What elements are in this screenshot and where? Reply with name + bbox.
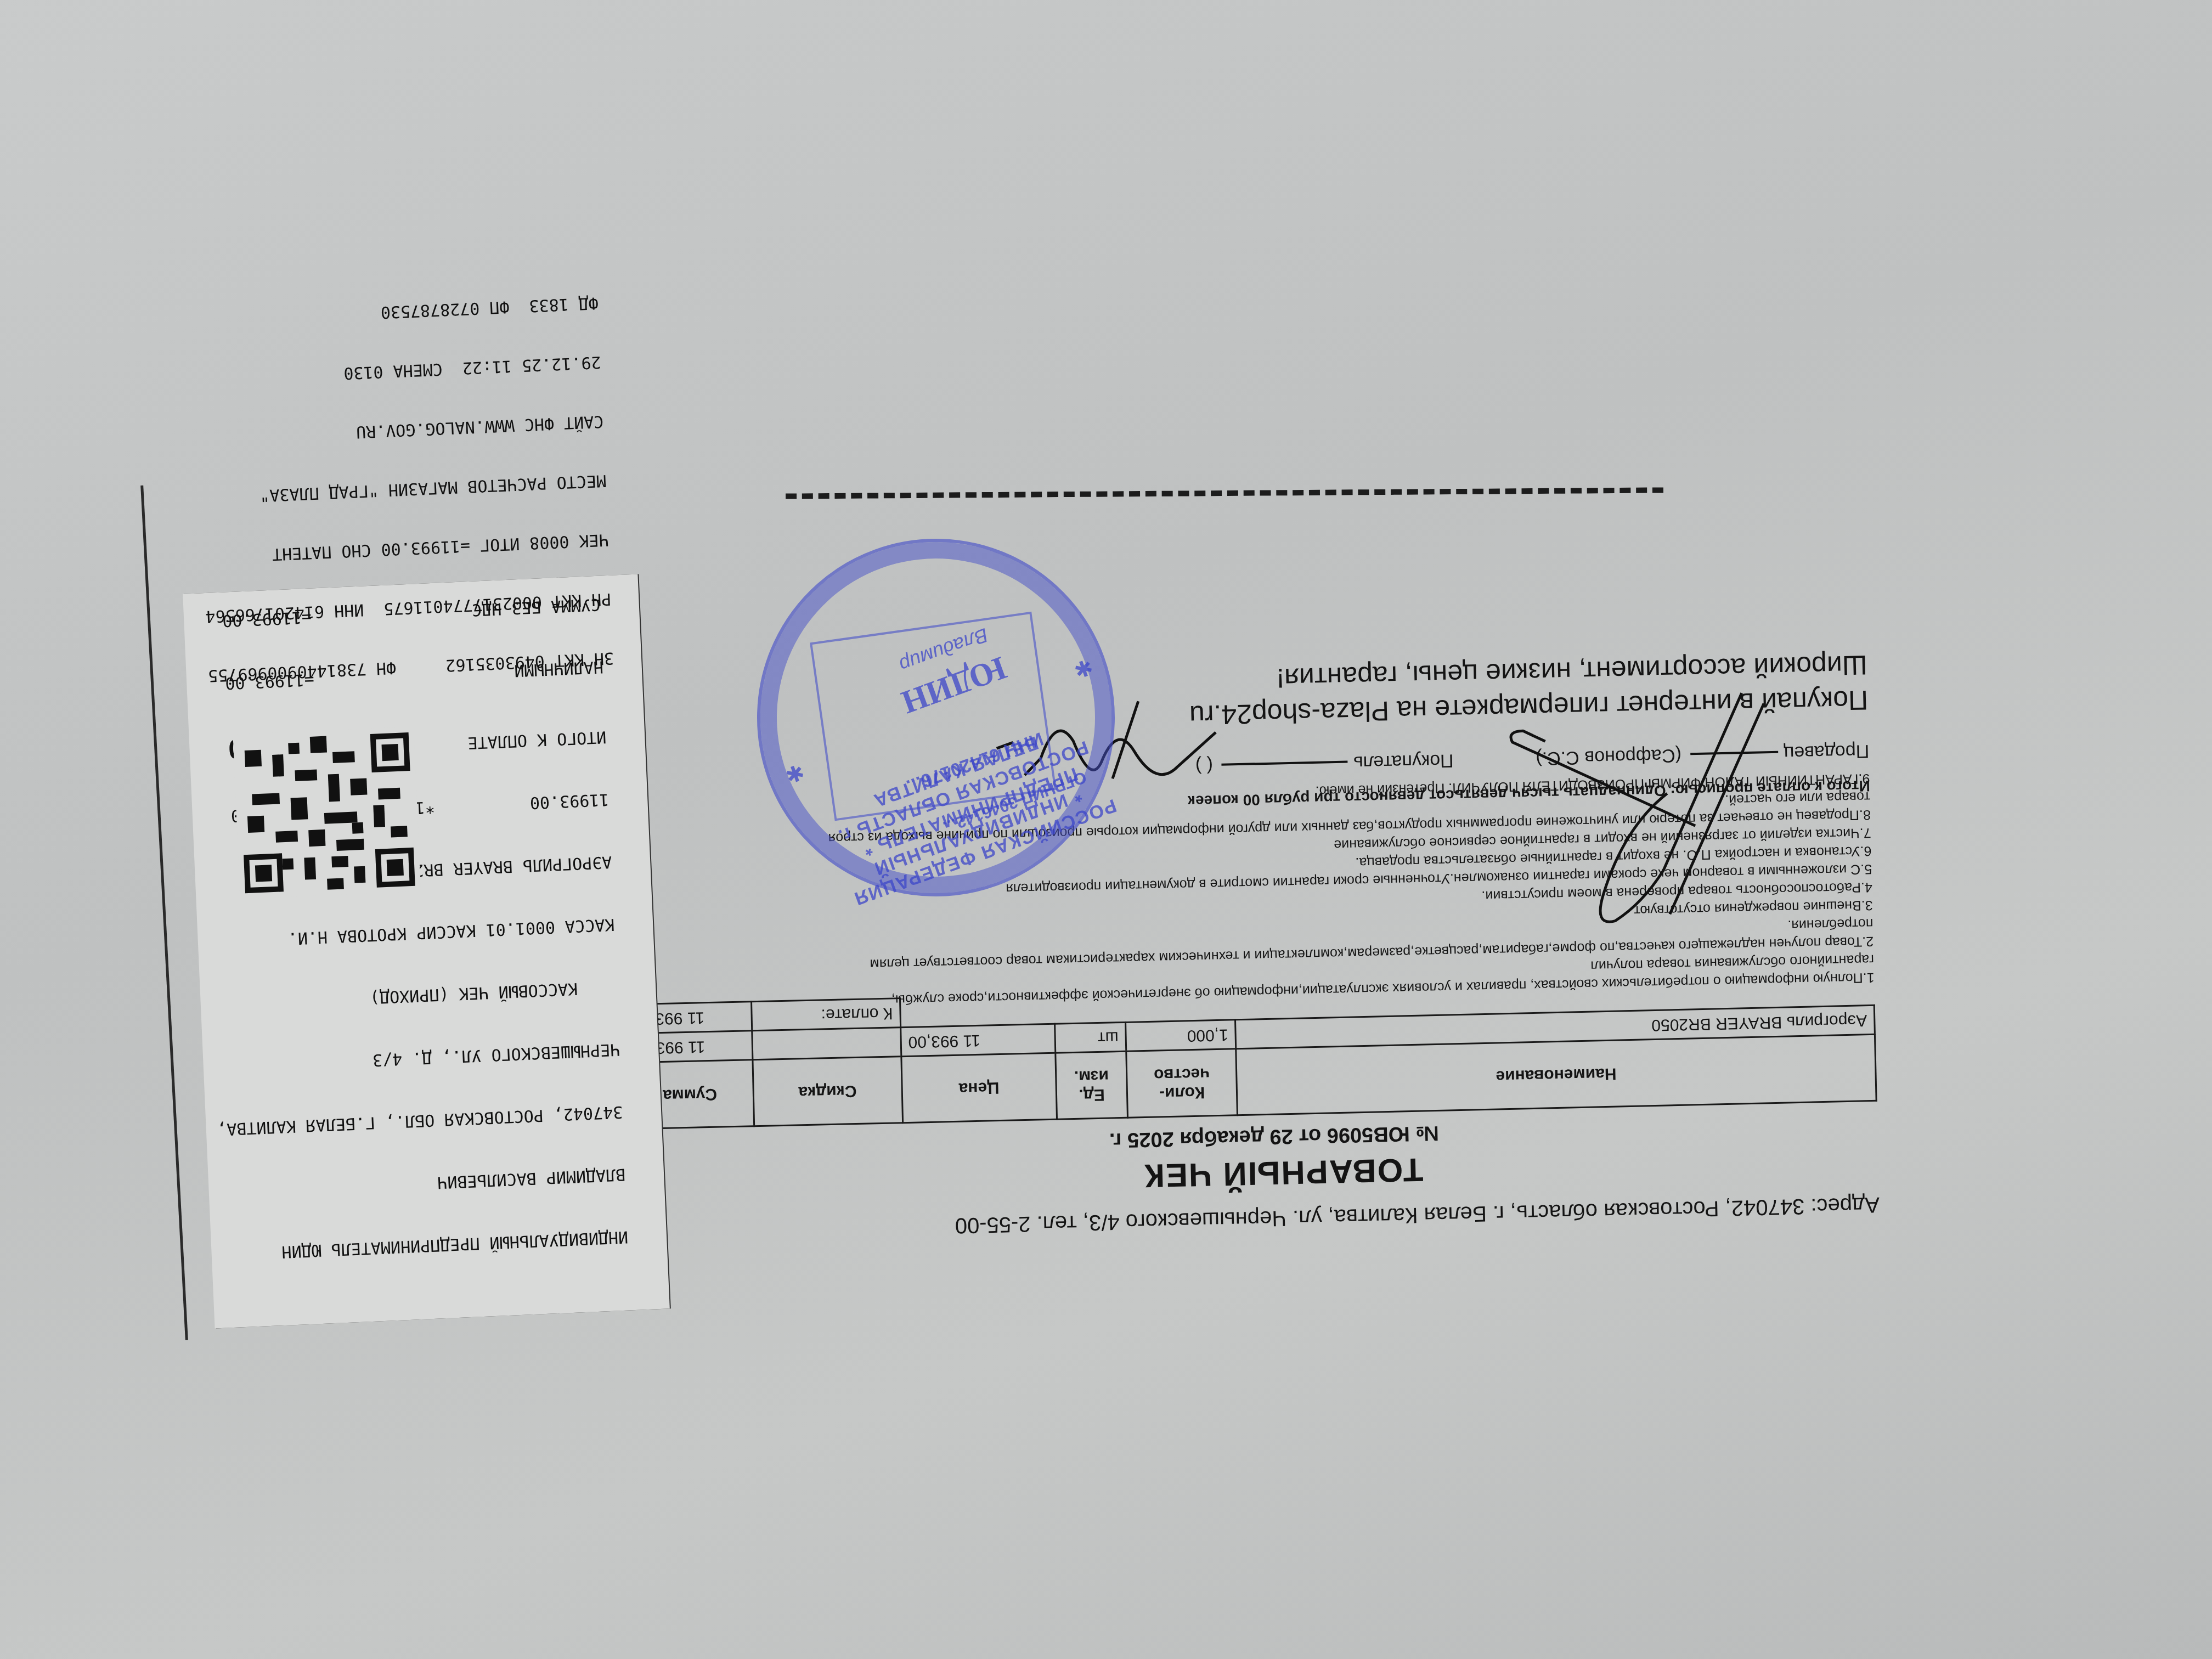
item-price: 11 993,00 bbox=[900, 1024, 1055, 1056]
col-discount: Скидка bbox=[753, 1057, 903, 1126]
paper-edge bbox=[135, 486, 188, 1341]
fiscal-line: МЕСТО РАСЧЕТОВ МАГАЗИН "ГРАД ПЛАЗА" bbox=[200, 470, 606, 507]
fiscal-line: ФД 1833 ФП 0728787530 bbox=[192, 292, 599, 330]
fiscal-line: САЙТ ФНС WWW.NALOG.GOV.RU bbox=[198, 411, 604, 448]
receipt-header-line: ЧЕРНЫШЕВСКОГО УЛ., Д. 4/3 bbox=[213, 1039, 620, 1077]
buyer-signature-line bbox=[1222, 761, 1348, 766]
receipt-item-price: 11993.00 bbox=[529, 788, 610, 812]
receipt-header-line: 347042, РОСТОВСКАЯ ОБЛ., Г.БЕЛАЯ КАЛИТВА… bbox=[216, 1101, 623, 1139]
receipt-header-line: ИНДИВИДУАЛЬНЫЙ ПРЕДПРИНИМАТЕЛЬ ЮДИН bbox=[222, 1226, 628, 1264]
receipt-item-mult: *1 bbox=[415, 796, 436, 818]
cash-receipt: ИНДИВИДУАЛЬНЫЙ ПРЕДПРИНИМАТЕЛЬ ЮДИН ВЛАД… bbox=[183, 574, 670, 1329]
receipt-total-label: ИТОГО К ОПЛАТЕ bbox=[467, 718, 607, 753]
seller-label: Продавец bbox=[1783, 741, 1869, 764]
buyer-label: Покупатель bbox=[1353, 750, 1454, 773]
document-title: ТОВАРНЫЙ ЧЕК bbox=[1143, 1151, 1424, 1195]
star-icon: ✱ bbox=[1070, 653, 1096, 683]
col-qty: Коли-чество bbox=[1126, 1049, 1238, 1118]
item-unit: шт bbox=[1055, 1022, 1126, 1053]
photo-stage: Адрес: 347042, Ростовская область, г. Бе… bbox=[0, 0, 2212, 1659]
fiscal-line: ЧЕК 0008 ИТОГ =11993.00 СНО ПАТЕНТ bbox=[202, 529, 609, 567]
receipt-fiscal-data: ЗН ККТ 0493035162 ФН 7381440900969755 РН… bbox=[190, 253, 616, 725]
document-number-date: № ЮВ5096 от 29 декабря 2025 г. bbox=[1109, 1121, 1440, 1152]
item-discount bbox=[752, 1028, 901, 1060]
fiscal-line: РН ККТ 0002317774011675 ИНН 614201766564 bbox=[205, 589, 612, 626]
receipt-header-line: КАССА 0001.01 КАССИР КРОТОВА Н.И. bbox=[208, 913, 614, 952]
fiscal-line: ЗН ККТ 0493035162 ФН 7381440900969755 bbox=[207, 648, 614, 685]
col-unit: Ед. изм. bbox=[1056, 1051, 1128, 1119]
fiscal-line: 29.12.25 11:22 СМЕНА 0130 bbox=[195, 352, 601, 389]
receipt-header-line: КАССОВЫЙ ЧЕК (ПРИХОД) bbox=[211, 976, 617, 1014]
item-qty: 1,000 bbox=[1126, 1020, 1236, 1052]
qr-code-icon bbox=[233, 727, 421, 899]
seller-signature-icon bbox=[1500, 687, 1780, 940]
tear-line bbox=[786, 487, 1663, 499]
receipt-header-line: ВЛАДИМИР ВАСИЛЬЕВИЧ bbox=[219, 1164, 625, 1202]
star-icon: ✱ bbox=[782, 758, 808, 788]
col-price: Цена bbox=[901, 1053, 1057, 1122]
seller-address: Адрес: 347042, Ростовская область, г. Бе… bbox=[955, 1192, 1880, 1238]
